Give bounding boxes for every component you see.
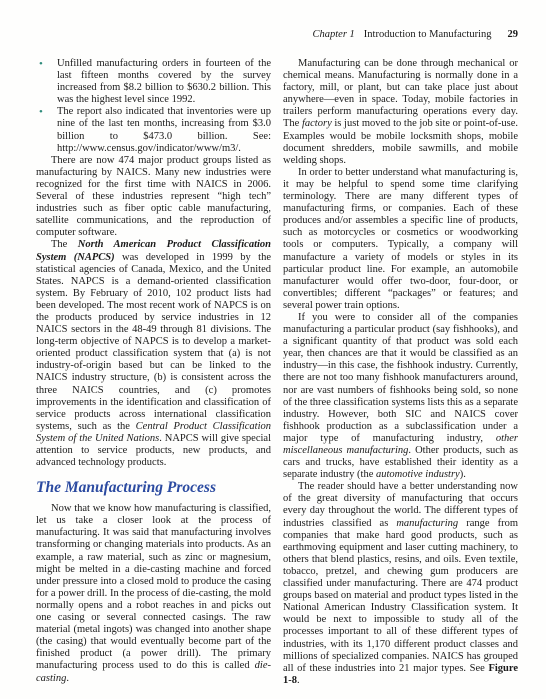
text-columns: •Unfilled manufacturing orders in fourte…: [36, 58, 518, 687]
paragraph: In order to better understand what manuf…: [283, 167, 518, 312]
text-run: factory: [302, 118, 332, 129]
text-run: automotive industry: [376, 469, 460, 480]
paragraph: Manufacturing can be done through mechan…: [283, 58, 518, 167]
text-run: .: [66, 673, 69, 684]
bullet-text: The report also indicated that inventori…: [57, 106, 271, 154]
bullet-item: •The report also indicated that inventor…: [36, 106, 271, 154]
right-column: Manufacturing can be done through mechan…: [283, 58, 518, 687]
paragraph: The reader should have a better understa…: [283, 481, 518, 687]
bullet-icon: •: [36, 58, 57, 106]
text-run: The report also indicated that inventori…: [57, 106, 271, 153]
bullet-text: Unfilled manufacturing orders in fourtee…: [57, 58, 271, 106]
book-page: Chapter 1Introduction to Manufacturing29…: [0, 0, 546, 699]
bullet-icon: •: [36, 106, 57, 154]
paragraph: If you were to consider all of the compa…: [283, 312, 518, 481]
page-number: 29: [508, 29, 519, 40]
left-column: •Unfilled manufacturing orders in fourte…: [36, 58, 271, 685]
bullet-item: •Unfilled manufacturing orders in fourte…: [36, 58, 271, 106]
text-run: Unfilled manufacturing orders in fourtee…: [57, 58, 271, 105]
text-run: .: [297, 675, 300, 686]
text-run: In order to better understand what manuf…: [283, 167, 518, 311]
running-header: Chapter 1Introduction to Manufacturing29: [36, 28, 518, 41]
chapter-label: Chapter 1: [312, 29, 354, 40]
section-heading: The Manufacturing Process: [36, 479, 271, 497]
text-run: The Manufacturing Process: [36, 479, 216, 496]
text-run: There are now 474 major product groups l…: [36, 155, 271, 239]
paragraph: There are now 474 major product groups l…: [36, 155, 271, 240]
text-run: If you were to consider all of the compa…: [283, 312, 518, 444]
text-run: Now that we know how manufacturing is cl…: [36, 503, 271, 671]
paragraph: Now that we know how manufacturing is cl…: [36, 503, 271, 684]
text-run: range from companies that make hard good…: [283, 518, 518, 674]
text-run: The: [51, 239, 78, 250]
chapter-title: Introduction to Manufacturing: [364, 29, 492, 40]
text-run: was developed in 1999 by the statistical…: [36, 252, 271, 432]
text-run: ).: [460, 469, 466, 480]
text-run: manufacturing: [396, 518, 458, 529]
paragraph: The North American Product Classificatio…: [36, 239, 271, 469]
